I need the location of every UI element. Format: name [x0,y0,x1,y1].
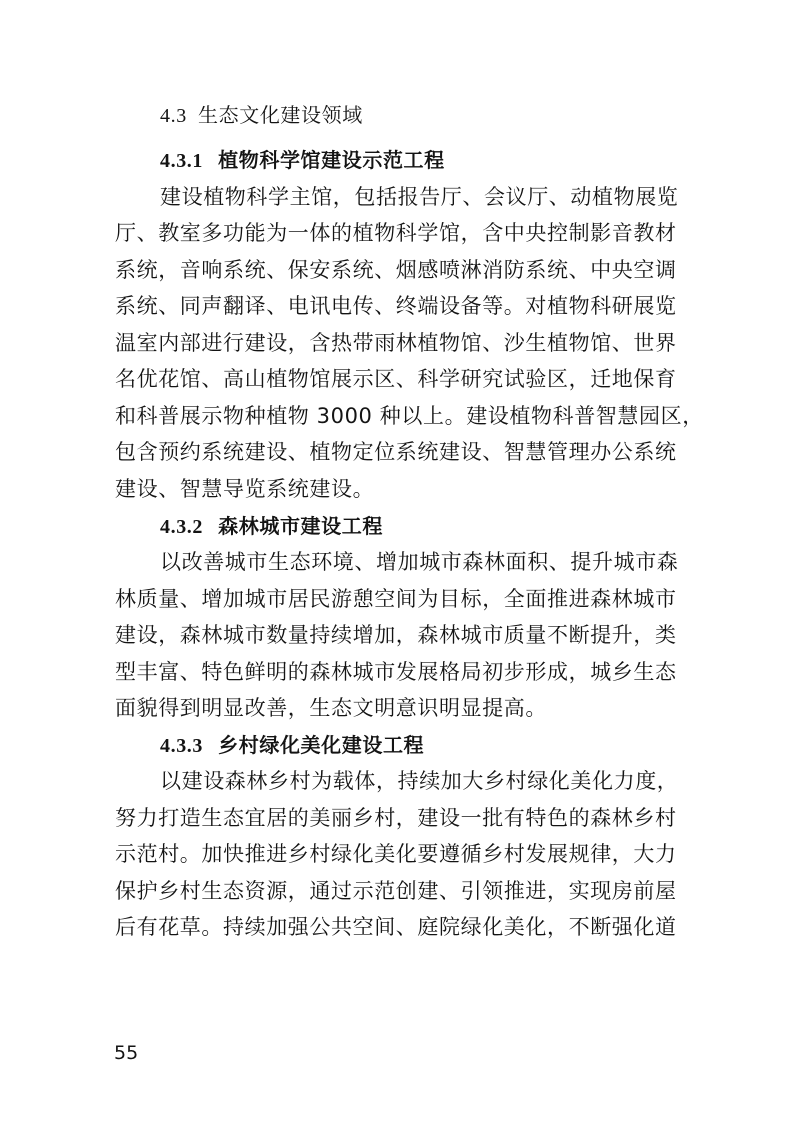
paragraph-line: 厅、教室多功能为一体的植物科学馆，含中央控制影音教材 [115,221,675,245]
subsection-number: 4.3.2 [160,516,203,538]
paragraph-line: 包含预约系统建设、植物定位系统建设、智慧管理办公系统 [115,440,675,464]
subsection-heading: 4.3.2 森林城市建设工程 [160,514,675,539]
paragraph-line: 建设，森林城市数量持续增加，森林城市质量不断提升，类 [115,623,675,647]
paragraph-line: 型丰富、特色鲜明的森林城市发展格局初步形成，城乡生态 [115,660,675,684]
paragraph-line: 和科普展示物种植物 3000 种以上。建设植物科普智慧园区， [115,404,675,428]
subsection-title: 乡村绿化美化建设工程 [218,733,424,757]
paragraph-line: 建设植物科学主馆，包括报告厅、会议厅、动植物展览 [160,185,675,209]
paragraph-line: 系统、同声翻译、电讯电传、终端设备等。对植物科研展览 [115,294,675,318]
paragraph-line: 建设、智慧导览系统建设。 [115,477,675,501]
paragraph-line: 示范村。加快推进乡村绿化美化要遵循乡村发展规律，大力 [115,842,675,866]
section-number: 4.3 [160,105,187,127]
paragraph-line: 面貌得到明显改善，生态文明意识明显提高。 [115,696,675,720]
subsection-number: 4.3.1 [160,150,203,172]
paragraph-line: 以建设森林乡村为载体，持续加大乡村绿化美化力度， [160,769,675,793]
paragraph-line: 后有花草。持续加强公共空间、庭院绿化美化，不断强化道 [115,915,675,939]
subsection-heading: 4.3.3 乡村绿化美化建设工程 [160,733,675,758]
paragraph-line: 以改善城市生态环境、增加城市森林面积、提升城市森 [160,550,675,574]
section-title: 生态文化建设领域 [198,103,363,127]
subsection-number: 4.3.3 [160,735,203,757]
page-number: 55 [114,1042,138,1064]
subsection-title: 森林城市建设工程 [218,514,383,538]
section-heading: 4.3 生态文化建设领域 [160,103,675,128]
subsection-heading: 4.3.1 植物科学馆建设示范工程 [160,148,675,173]
paragraph-line: 林质量、增加城市居民游憩空间为目标，全面推进森林城市 [115,587,675,611]
paragraph-line: 名优花馆、高山植物馆展示区、科学研究试验区，迁地保育 [115,367,675,391]
paragraph-line: 系统，音响系统、保安系统、烟感喷淋消防系统、中央空调 [115,258,675,282]
paragraph-line: 温室内部进行建设，含热带雨林植物馆、沙生植物馆、世界 [115,331,675,355]
paragraph-line: 努力打造生态宜居的美丽乡村，建设一批有特色的森林乡村 [115,806,675,830]
document-page: 4.3 生态文化建设领域 4.3.1 植物科学馆建设示范工程 建设植物科学主馆，… [0,0,793,1122]
paragraph-line: 保护乡村生态资源，通过示范创建、引领推进，实现房前屋 [115,879,675,903]
subsection-title: 植物科学馆建设示范工程 [218,148,445,172]
